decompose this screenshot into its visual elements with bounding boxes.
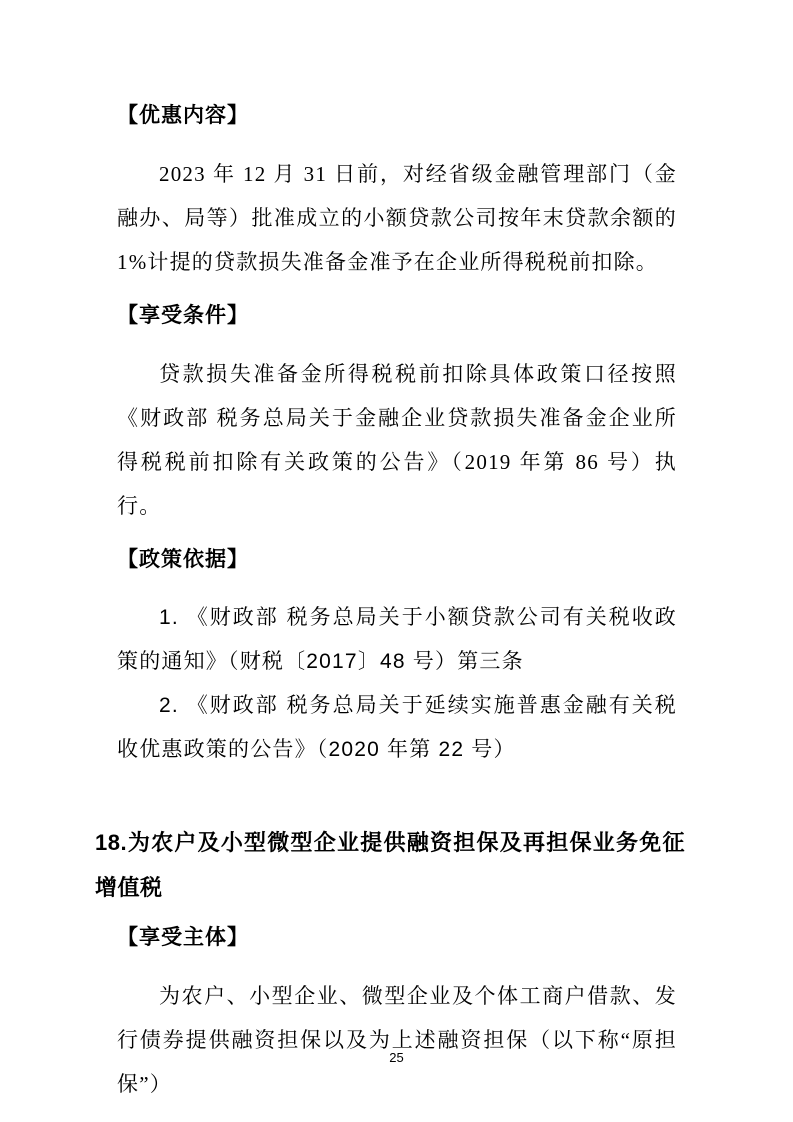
document-page: 【优惠内容】 2023 年 12 月 31 日前，对经省级金融管理部门（金融办、… [117, 94, 677, 1106]
heading-benefit-content: 【优惠内容】 [117, 94, 677, 138]
page-number: 25 [0, 1050, 793, 1066]
heading-eligibility-conditions: 【享受条件】 [117, 294, 677, 338]
paragraph-eligibility-conditions: 贷款损失准备金所得税税前扣除具体政策口径按照《财政部 税务总局关于金融企业贷款损… [117, 352, 677, 528]
policy-basis-item-1: 1. 《财政部 税务总局关于小额贷款公司有关税收政策的通知》（财税〔2017〕4… [117, 596, 677, 684]
paragraph-eligible-entities: 为农户、小型企业、微型企业及个体工商户借款、发行债券提供融资担保以及为上述融资担… [117, 974, 677, 1106]
paragraph-benefit-content: 2023 年 12 月 31 日前，对经省级金融管理部门（金融办、局等）批准成立… [117, 152, 677, 284]
policy-basis-item-2: 2. 《财政部 税务总局关于延续实施普惠金融有关税收优惠政策的公告》（2020 … [117, 684, 677, 772]
section-18-title: 18.为农户及小型微型企业提供融资担保及再担保业务免征增值税 [95, 820, 685, 910]
heading-policy-basis: 【政策依据】 [117, 538, 677, 582]
heading-eligible-entities: 【享受主体】 [117, 916, 677, 960]
